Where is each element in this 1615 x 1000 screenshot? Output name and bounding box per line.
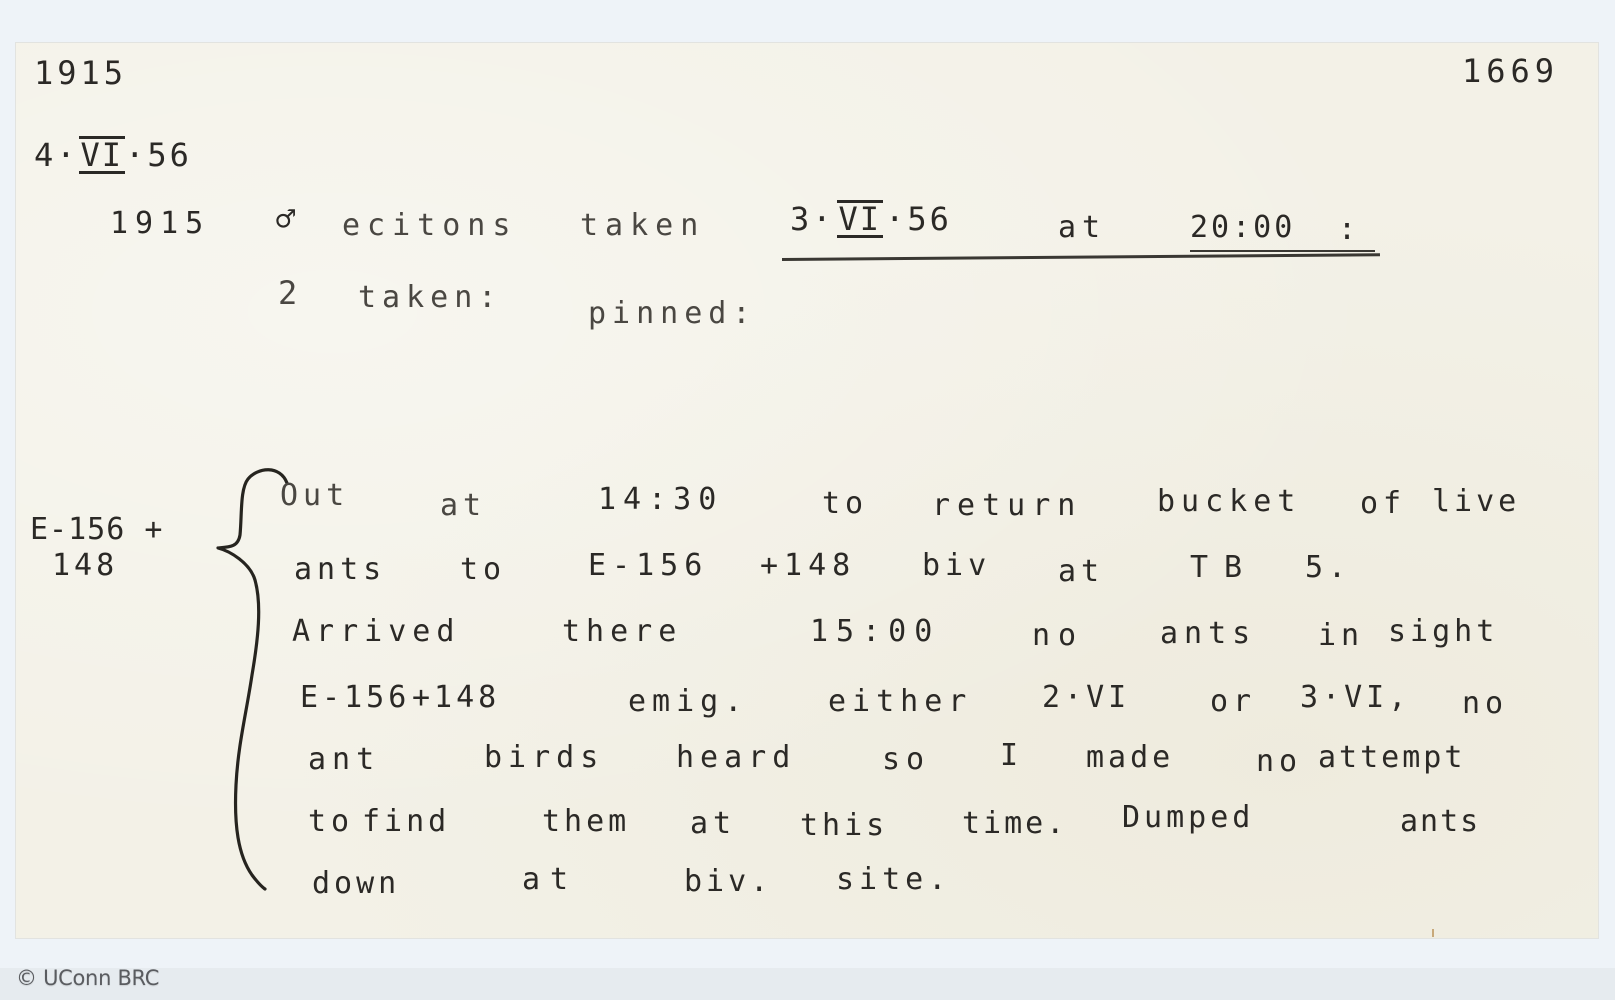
note-word: +148 (412, 680, 500, 715)
note-word: them (542, 804, 630, 839)
note-word: to (822, 486, 868, 521)
note-word: Arrived (292, 614, 460, 649)
note-word: to (308, 804, 354, 839)
note-word: 14:30 (598, 482, 723, 517)
note-word: there (562, 614, 682, 649)
note-word: 3·VI, (1300, 680, 1410, 715)
note-word: bucket (1157, 484, 1301, 519)
note-word: made (1086, 740, 1174, 775)
note-word: E-156 (588, 548, 708, 583)
note-word: at (690, 806, 736, 841)
note-word: return (932, 488, 1082, 523)
top-right-number: 1669 (1462, 52, 1559, 90)
top-left-number: 1915 (34, 54, 127, 92)
note-word: ant (308, 742, 380, 777)
taken-date-year: 56 (907, 200, 952, 238)
note-word: TB (1190, 550, 1258, 585)
note-word: sight (1388, 614, 1498, 649)
note-word: in (1318, 618, 1364, 653)
note-word: biv (922, 548, 991, 583)
note-word: 15:00 (810, 614, 940, 649)
copyright-credit: © UConn BRC (16, 966, 159, 990)
taken-date-day: 3 (790, 200, 812, 238)
note-word: down (312, 866, 400, 901)
time-underline (1190, 250, 1375, 252)
note-word: Out (280, 478, 349, 513)
note-word: biv. (684, 864, 772, 899)
time-colon: : (1338, 212, 1362, 247)
note-word: 2·VI (1042, 680, 1130, 715)
taken-date: 3·VI·56 (790, 200, 952, 238)
note-word: ants (1400, 804, 1480, 839)
taken-date-month-roman: VI (837, 200, 884, 238)
note-word: emig. (628, 684, 748, 719)
note-word: birds (484, 740, 604, 775)
note-word: no (1032, 618, 1084, 653)
note-word: +148 (760, 548, 856, 583)
note-word: site. (836, 862, 951, 897)
note-word: attempt (1318, 740, 1465, 775)
taken-time: 20:00 (1190, 210, 1295, 245)
note-word: Dumped (1122, 800, 1254, 835)
taken-word: taken (580, 208, 705, 243)
note-word: of (1360, 486, 1406, 521)
note-word: 5. (1305, 550, 1351, 585)
note-word: at (1058, 554, 1104, 589)
note-word: or (1210, 684, 1256, 719)
colony-label-line1: E-156 + (30, 512, 163, 547)
note-word: to (460, 552, 506, 587)
note-word: this (800, 808, 888, 843)
entry-ref-number: 1915 (110, 206, 210, 241)
date-sep: · (56, 136, 78, 174)
male-symbol-icon: ♂ (276, 200, 301, 238)
footer-band (0, 968, 1615, 1000)
date-day: 4 (34, 136, 56, 174)
note-word: at (522, 862, 578, 897)
card-date: 4·VI·56 (34, 136, 192, 174)
date-sep: · (885, 200, 907, 238)
note-word: so (882, 742, 930, 777)
taken-label: taken: (358, 280, 502, 315)
pinned-label: pinned: (588, 296, 756, 331)
note-word: I (1000, 738, 1023, 773)
date-sep: · (125, 136, 147, 174)
note-word: either (828, 684, 972, 719)
note-word: ants (294, 552, 386, 587)
at-word: at (1058, 210, 1106, 245)
paper-speck (1432, 929, 1434, 937)
note-word: live (1432, 484, 1520, 519)
date-month-roman: VI (79, 136, 126, 174)
date-sep: · (812, 200, 834, 238)
note-word: E-156 (300, 680, 410, 715)
note-word: at (440, 488, 486, 523)
note-word: no (1256, 744, 1302, 779)
specimen-count: 2 (278, 274, 303, 312)
date-year: 56 (147, 136, 192, 174)
note-word: time. (962, 806, 1067, 841)
note-word: no (1462, 686, 1508, 721)
species-name: ecitons (342, 208, 517, 243)
colony-label-line2: 148 (52, 548, 118, 583)
note-word: ants (1160, 616, 1256, 651)
note-word: find (362, 804, 450, 839)
note-word: heard (676, 740, 796, 775)
